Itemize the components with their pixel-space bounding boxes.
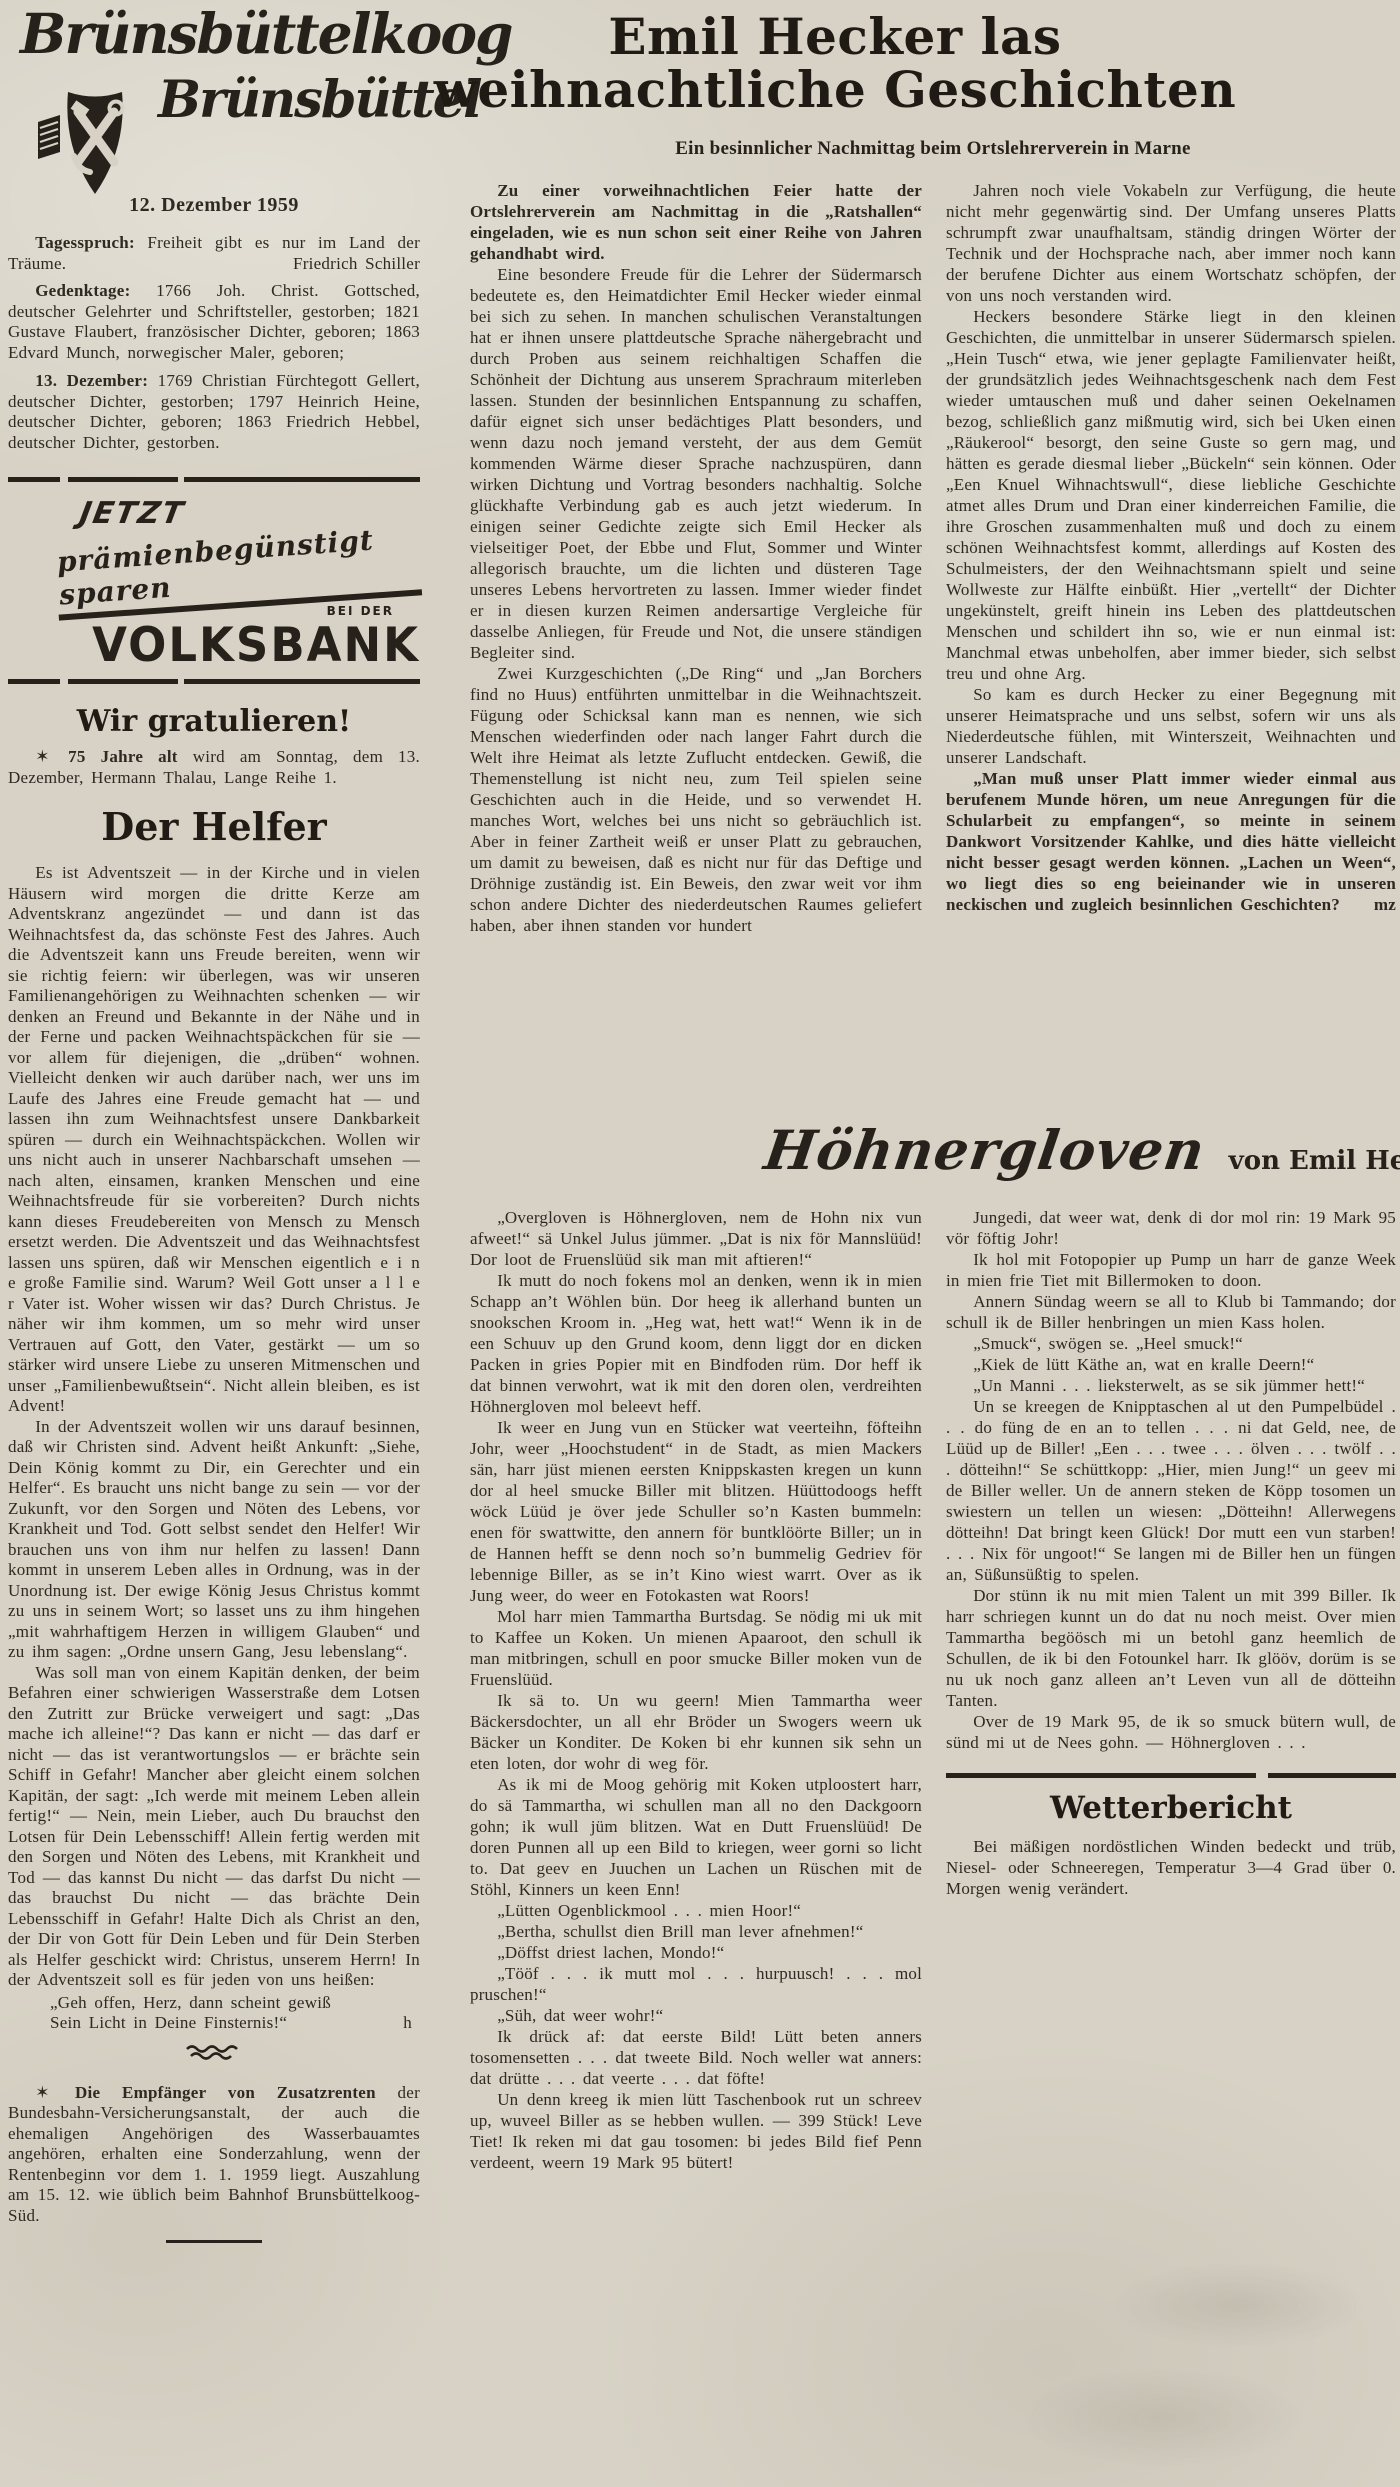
helfer-paragraph: In der Adventszeit wollen wir uns darauf… <box>8 1417 420 1663</box>
hoehner-paragraph: Ik hol mit Fotopopier up Pump un harr de… <box>946 1249 1396 1291</box>
hoehner-paragraph: Dor stünn ik nu mit mien Talent un mit 3… <box>946 1585 1396 1711</box>
gratulieren-item: ✶ 75 Jahre alt wird am Sonntag, dem 13. … <box>8 747 420 788</box>
hoehner-paragraph: „Süh, dat weer wohr!“ <box>470 2005 922 2026</box>
headline-line1: Emil Hecker las <box>430 10 1240 63</box>
hoehnergloven-byline: von Emil Hecker <box>1229 1146 1400 1176</box>
wetter-text: Bei mäßigen nordöstlichen Winden bedeckt… <box>946 1836 1396 1899</box>
town-crest-anchor-hammer-icon <box>36 86 154 203</box>
headline-line2: weihnachtliche Geschichten <box>430 63 1240 116</box>
article-col-middle: Zu einer vorweihnachtlichen Feier hatte … <box>470 180 922 936</box>
gedenktage2-label: 13. Dezember: <box>35 371 148 390</box>
helfer-title: Der Helfer <box>8 804 420 849</box>
hoehner-paragraph: Mol harr mien Tammartha Burtsdag. Se nöd… <box>470 1606 922 1690</box>
helfer-verse-line: Sein Licht in Deine Finsternis!“h <box>50 2013 420 2034</box>
hoehner-paragraph: „Un Manni . . . lieksterwelt, as se sik … <box>946 1375 1396 1396</box>
star-icon: ✶ <box>35 2083 75 2102</box>
page-bleedthrough-smudge <box>1010 2230 1390 2480</box>
helfer-verse-text: Sein Licht in Deine Finsternis!“ <box>50 2013 287 2032</box>
gedenktage-13-dezember: 13. Dezember: 1769 Christian Fürchtegott… <box>8 371 420 453</box>
hoehner-paragraph: Un se kreegen de Knipptaschen al ut den … <box>946 1396 1396 1585</box>
hoehner-paragraph: Ik weer en Jung vun en Stücker wat veert… <box>470 1417 922 1606</box>
hoehner-paragraph: „Smuck“, swögen se. „Heel smuck!“ <box>946 1333 1396 1354</box>
hoehner-paragraph: Ik mutt do noch fokens mol an denken, we… <box>470 1270 922 1417</box>
ad-top-rule <box>8 477 420 482</box>
hoehner-paragraph: „Bertha, schullst dien Brill man lever a… <box>470 1921 922 1942</box>
ad-volksbank: VOLKSBANK <box>8 617 420 673</box>
left-column: Brünsbüttelkoog <box>8 6 420 2243</box>
helfer-paragraph: Es ist Adventszeit — in der Kirche und i… <box>8 863 420 1417</box>
hoehner-paragraph: „Kiek de lütt Käthe an, wat en kralle De… <box>946 1354 1396 1375</box>
gratulieren-lead: 75 Jahre alt <box>68 747 178 766</box>
masthead-line1: Brünsbüttelkoog <box>20 6 420 61</box>
headline-subtitle: Ein besinnlicher Nachmittag beim Ortsleh… <box>470 138 1396 160</box>
hecker-paragraph: Eine besondere Freude für die Lehrer der… <box>470 264 922 663</box>
squiggle-ornament-icon <box>8 2044 420 2067</box>
ad-bottom-rule <box>8 679 420 684</box>
hoehner-paragraph: „Overgloven is Höhnergloven, nem de Hohn… <box>470 1207 922 1270</box>
main-headline: Emil Hecker las weihnachtliche Geschicht… <box>430 10 1240 116</box>
hecker-lead-paragraph: Zu einer vorweihnachtlichen Feier hatte … <box>470 180 922 264</box>
hoehner-paragraph: Ik sä to. Un wu geern! Mien Tammartha we… <box>470 1690 922 1774</box>
hoehner-paragraph: „Tööf . . . ik mutt mol . . . hurpuusch!… <box>470 1963 922 2005</box>
tagesspruch: Tagesspruch: Freiheit gibt es nur im Lan… <box>8 233 420 274</box>
hoehner-paragraph: „Lütten Ogenblickmool . . . mien Hoor!“ <box>470 1900 922 1921</box>
wetterbericht-section: Wetterbericht Bei mäßigen nordöstlichen … <box>946 1773 1396 1899</box>
hecker-paragraph: Jahren noch viele Vokabeln zur Verfügung… <box>946 180 1396 306</box>
helfer-verse-line: „Geh offen, Herz, dann scheint gewiß <box>50 1993 420 2014</box>
hoehnergloven-title: Höhnergloven <box>761 1118 1210 1182</box>
hecker-paragraph: Zwei Kurzgeschichten („De Ring“ und „Jan… <box>470 663 922 936</box>
volksbank-ad: JETZT prämienbegünstigt sparen BEI DER V… <box>8 477 420 684</box>
zusatzrenten-notice: ✶ Die Empfänger von Zusatzrenten der Bun… <box>8 2083 420 2227</box>
hoehner-paragraph: Annern Sündag weern se all to Klub bi Ta… <box>946 1291 1396 1333</box>
hoehnergloven-title-block: Höhnergloven von Emil Hecker <box>765 1118 1385 1182</box>
hecker-bold-text: „Man muß unser Platt immer wieder einmal… <box>946 769 1396 914</box>
hoehnergloven-col-right: Jungedi, dat weer wat, denk di dor mol r… <box>946 1207 1396 1899</box>
gedenktage: Gedenktage: 1766 Joh. Christ. Gottsched,… <box>8 281 420 363</box>
hoehner-paragraph: Over de 19 Mark 95, de ik so smuck büter… <box>946 1711 1396 1753</box>
gratulieren-title: Wir gratulieren! <box>8 704 420 739</box>
tagesspruch-label: Tagesspruch: <box>35 233 135 252</box>
wetter-title: Wetterbericht <box>946 1790 1396 1826</box>
hoehner-paragraph: Jungedi, dat weer wat, denk di dor mol r… <box>946 1207 1396 1249</box>
hoehnergloven-col-left: „Overgloven is Höhnergloven, nem de Hohn… <box>470 1207 922 2173</box>
zusatz-lead: Die Empfänger von Zusatzrenten <box>75 2083 376 2102</box>
tagesspruch-author: Friedrich Schiller <box>266 254 420 275</box>
hoehner-paragraph: Un denn kreeg ik mien lütt Taschenbook r… <box>470 2089 922 2173</box>
star-icon: ✶ <box>35 747 68 766</box>
article-col-right: Jahren noch viele Vokabeln zur Verfügung… <box>946 180 1396 915</box>
hecker-paragraph: Heckers besondere Stärke liegt in den kl… <box>946 306 1396 684</box>
wetter-rule <box>946 1773 1396 1778</box>
hoehner-paragraph: „Döffst driest lachen, Mondo!“ <box>470 1942 922 1963</box>
zusatz-rest: der Bundesbahn-Versicherungsanstalt, der… <box>8 2083 420 2225</box>
hecker-closing-paragraph: „Man muß unser Platt immer wieder einmal… <box>946 768 1396 915</box>
hoehner-paragraph: Ik drück af: dat eerste Bild! Lütt beten… <box>470 2026 922 2089</box>
helfer-signature: h <box>403 2013 412 2034</box>
masthead-line2: Brünsbüttel <box>158 75 420 126</box>
end-rule <box>166 2240 262 2243</box>
helfer-paragraph: Was soll man von einem Kapitän denken, d… <box>8 1663 420 1991</box>
hecker-paragraph: So kam es durch Hecker zu einer Begegnun… <box>946 684 1396 768</box>
hecker-signature: mz <box>1374 894 1396 915</box>
masthead: Brünsbüttelkoog <box>8 6 420 192</box>
newspaper-page: Brünsbüttelkoog <box>0 0 1400 2487</box>
gedenktage-label: Gedenktage: <box>35 281 130 300</box>
hoehner-paragraph: As ik mi de Moog gehörig mit Koken utplo… <box>470 1774 922 1900</box>
